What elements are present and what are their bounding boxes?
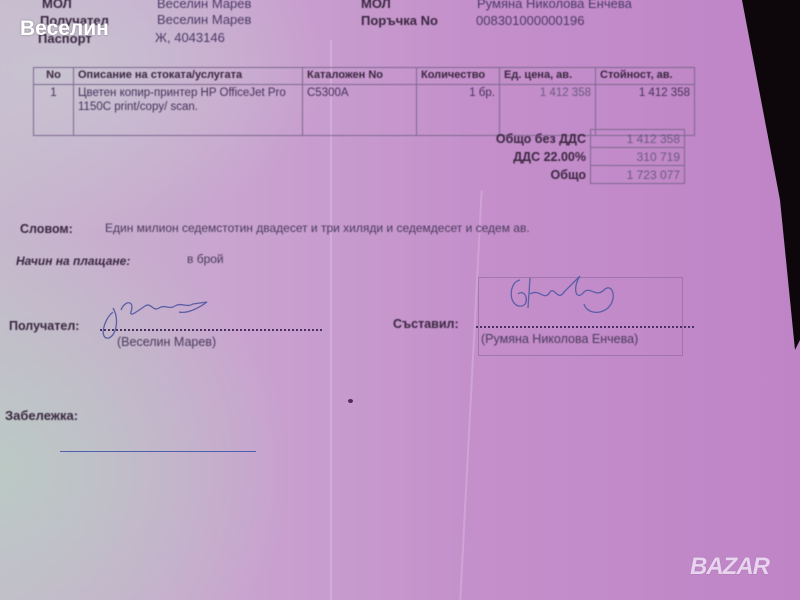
- compiler-signature-label: Съставил:: [393, 317, 459, 331]
- col-quantity: Количество: [417, 68, 500, 85]
- header-mol-value: Веселин Марев: [157, 0, 251, 11]
- cell-unit-price: 1 412 358: [500, 85, 596, 136]
- bazar-logo: BAZAR: [690, 553, 769, 581]
- table-row: 1 Цветен копир-принтер HP OfficeJet Pro …: [34, 85, 695, 136]
- col-value: Стойност, ав.: [596, 68, 695, 85]
- header-seller-mol-value: Румяна Николова Енчева: [477, 0, 632, 11]
- totals-row-vat: ДДС 22.00% 310 719: [430, 148, 685, 166]
- compiler-signature-scribble: [500, 268, 640, 328]
- compiler-name: (Румяна Николова Енчева): [481, 332, 638, 346]
- cell-quantity: 1 бр.: [417, 85, 500, 136]
- totals-row-subtotal: Общо без ДДС 1 412 358: [430, 130, 685, 148]
- items-table: No Описание на стоката/услугата Каталоже…: [33, 67, 695, 136]
- cell-description: Цветен копир-принтер HP OfficeJet Pro 11…: [74, 85, 303, 136]
- items-table-header: No Описание на стоката/услугата Каталоже…: [34, 68, 695, 85]
- in-words-label: Словом:: [20, 222, 73, 236]
- recipient-name: (Веселин Марев): [117, 335, 216, 349]
- payment-method-label: Начин на плащане:: [16, 254, 130, 268]
- subtotal-label: Общо без ДДС: [430, 130, 591, 148]
- subtotal-value: 1 412 358: [591, 130, 685, 148]
- note-underline: [60, 451, 256, 452]
- vat-value: 310 719: [591, 148, 685, 166]
- cell-value: 1 412 358: [596, 85, 695, 136]
- note-label: Забележка:: [5, 408, 78, 423]
- total-label: Общо: [430, 166, 591, 184]
- in-words-value: Един милион седемстотин двадесет и три х…: [105, 221, 530, 235]
- totals-table: Общо без ДДС 1 412 358 ДДС 22.00% 310 71…: [430, 129, 685, 184]
- col-no: No: [34, 68, 74, 85]
- header-seller-mol-label: МОЛ: [361, 0, 391, 11]
- header-recipient-value: Веселин Марев: [157, 12, 251, 27]
- header-order-label: Поръчка No: [361, 13, 438, 28]
- header-passport-value: Ж, 4043146: [155, 30, 225, 45]
- col-unit-price: Ед. цена, ав.: [500, 68, 596, 85]
- col-catalog-no: Каталожен No: [303, 68, 417, 85]
- seller-watermark: Веселин: [20, 17, 109, 41]
- cell-catalog-no: C5300A: [303, 85, 417, 136]
- header-mol-label: МОЛ: [42, 0, 72, 11]
- col-description: Описание на стоката/услугата: [74, 68, 303, 85]
- vat-label: ДДС 22.00%: [430, 148, 591, 166]
- paper-speck: [348, 399, 353, 403]
- cell-no: 1: [34, 85, 74, 136]
- payment-method-value: в брой: [187, 252, 224, 266]
- totals-row-total: Общо 1 723 077: [430, 166, 685, 184]
- header-order-value: 008301000000196: [476, 13, 584, 28]
- recipient-signature-label: Получател:: [9, 319, 79, 333]
- total-value: 1 723 077: [591, 166, 685, 184]
